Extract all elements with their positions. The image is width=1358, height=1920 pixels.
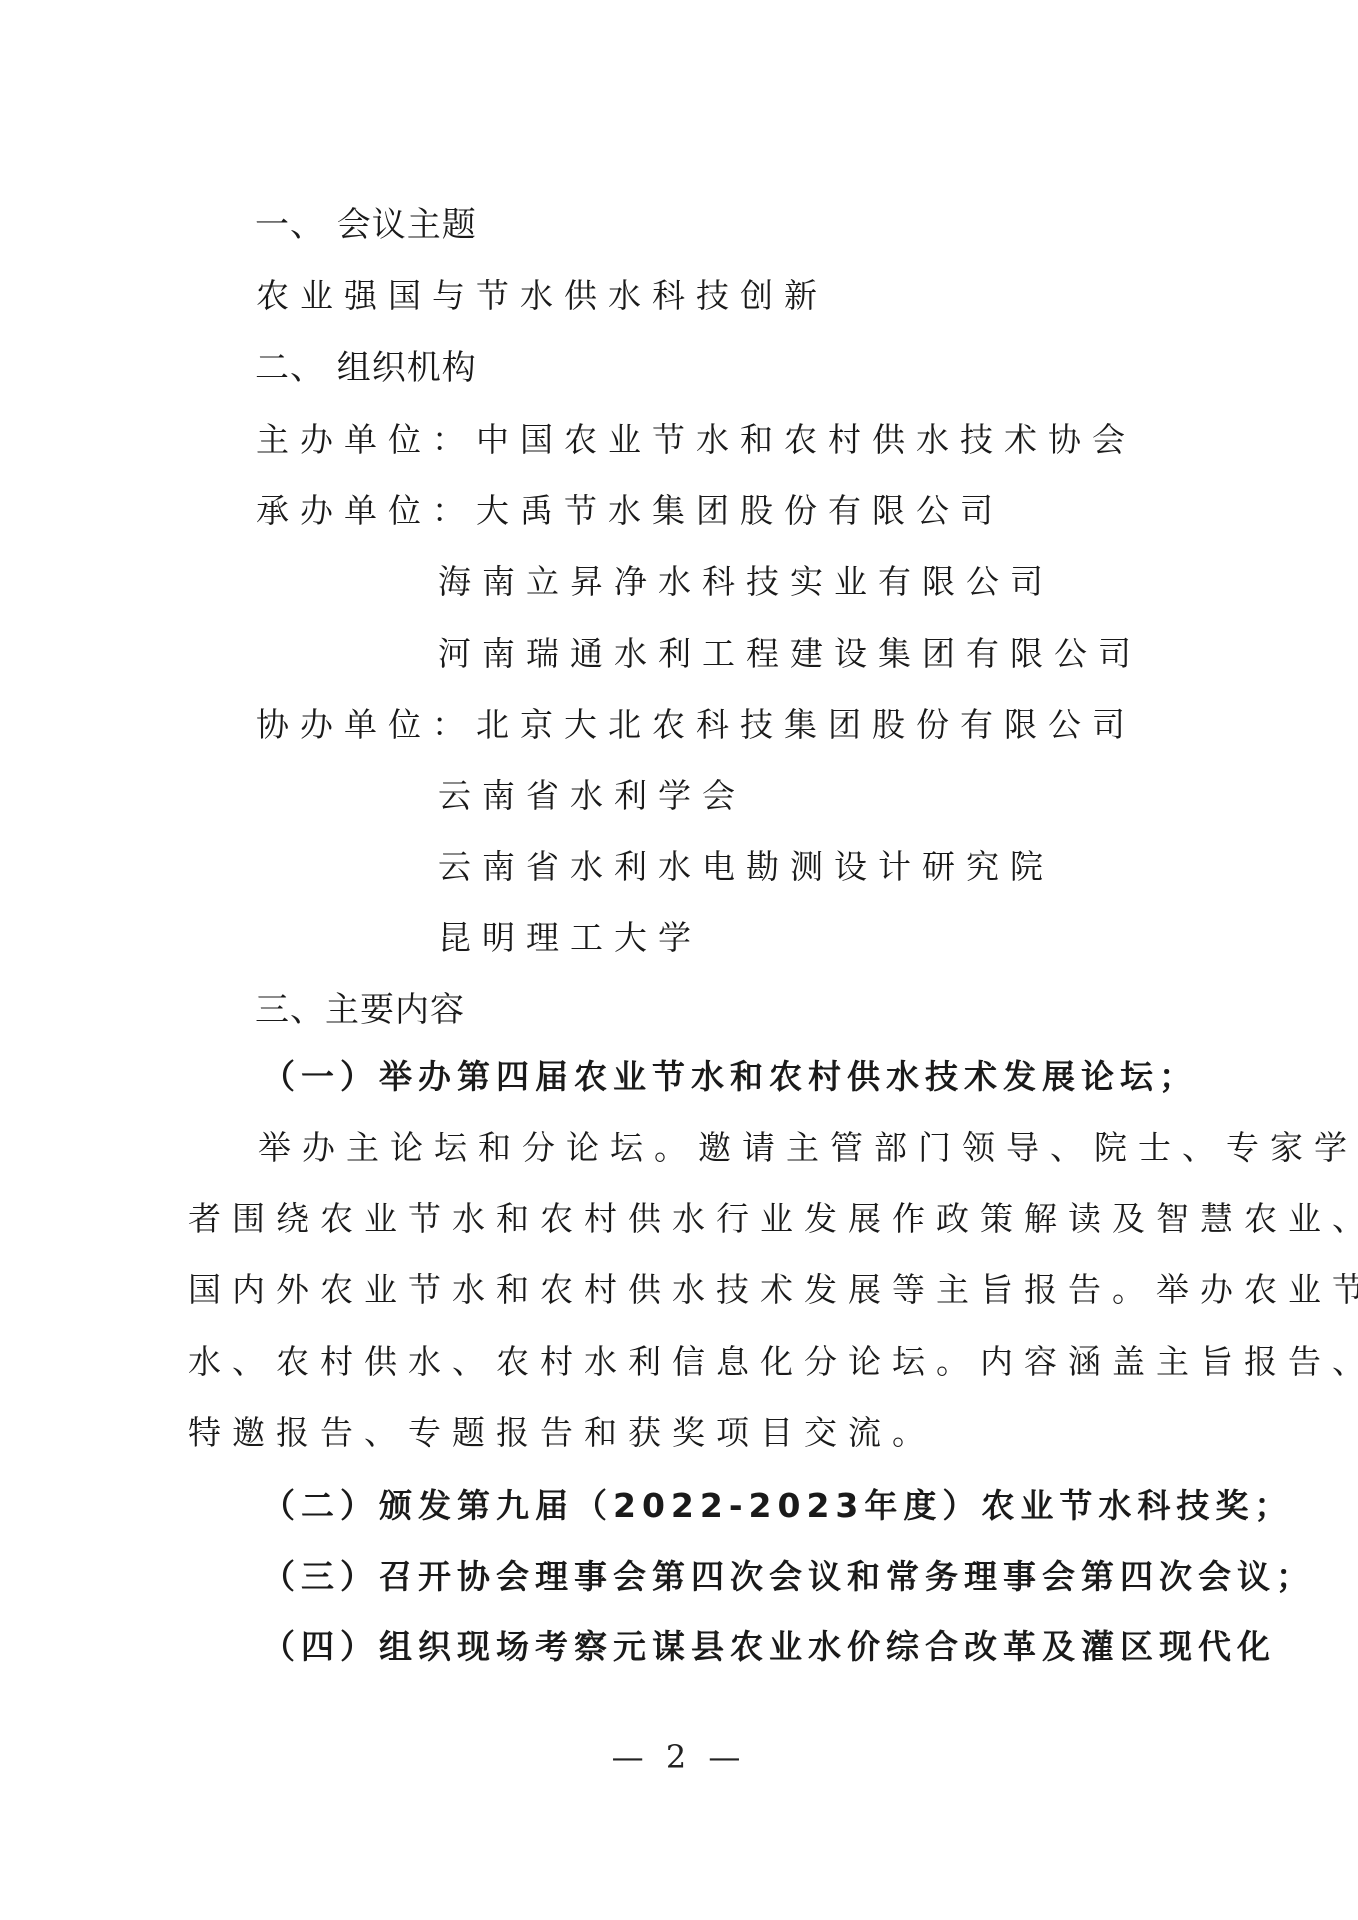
co-organizer-unit: 北京大北农科技集团股份有限公司 <box>476 705 1136 744</box>
section-heading-theme: 一、 会议主题 <box>255 208 477 242</box>
organizer-unit: 河南瑞通水利工程建设集团有限公司 <box>438 637 1142 670</box>
co-organizer-unit: 云南省水利学会 <box>438 779 746 812</box>
host-row: 主办单位：中国农业节水和农村供水技术协会 <box>256 423 1136 456</box>
organizer-unit: 大禹节水集团股份有限公司 <box>476 491 1004 530</box>
paragraph-line: 举办主论坛和分论坛。邀请主管部门领导、院士、专家学 <box>258 1131 1358 1164</box>
co-organizer-row: 协办单位：北京大北农科技集团股份有限公司 <box>256 708 1136 741</box>
host-label: 主办单位： <box>256 423 476 456</box>
content-item-3-title: （三）召开协会理事会第四次会议和常务理事会第四次会议； <box>262 1560 1315 1593</box>
content-item-1-title: （一）举办第四届农业节水和农村供水技术发展论坛； <box>262 1060 1198 1093</box>
theme-content: 农业强国与节水供水科技创新 <box>256 279 828 312</box>
content-item-2-title: （二）颁发第九届（2022-2023年度）农业节水科技奖； <box>262 1489 1293 1522</box>
host-unit: 中国农业节水和农村供水技术协会 <box>476 420 1136 459</box>
section-heading-organization: 二、 组织机构 <box>255 351 477 385</box>
co-organizer-unit: 云南省水利水电勘测设计研究院 <box>438 850 1054 883</box>
co-organizer-unit: 昆明理工大学 <box>438 921 702 954</box>
paragraph-line: 特邀报告、专题报告和获奖项目交流。 <box>188 1416 936 1449</box>
paragraph-line: 者围绕农业节水和农村供水行业发展作政策解读及智慧农业、 <box>188 1202 1358 1235</box>
organizer-label: 承办单位： <box>256 494 476 527</box>
content-item-4-title: （四）组织现场考察元谋县农业水价综合改革及灌区现代化 <box>262 1630 1276 1663</box>
paragraph-line: 水、农村供水、农村水利信息化分论坛。内容涵盖主旨报告、 <box>188 1345 1358 1378</box>
page-number: — 2 — <box>0 1738 1358 1776</box>
organizer-row: 承办单位：大禹节水集团股份有限公司 <box>256 494 1004 527</box>
co-organizer-label: 协办单位： <box>256 708 476 741</box>
organizer-unit: 海南立昇净水科技实业有限公司 <box>438 565 1054 598</box>
paragraph-line: 国内外农业节水和农村供水技术发展等主旨报告。举办农业节 <box>188 1273 1358 1306</box>
section-heading-main-content: 三、主要内容 <box>255 993 465 1027</box>
